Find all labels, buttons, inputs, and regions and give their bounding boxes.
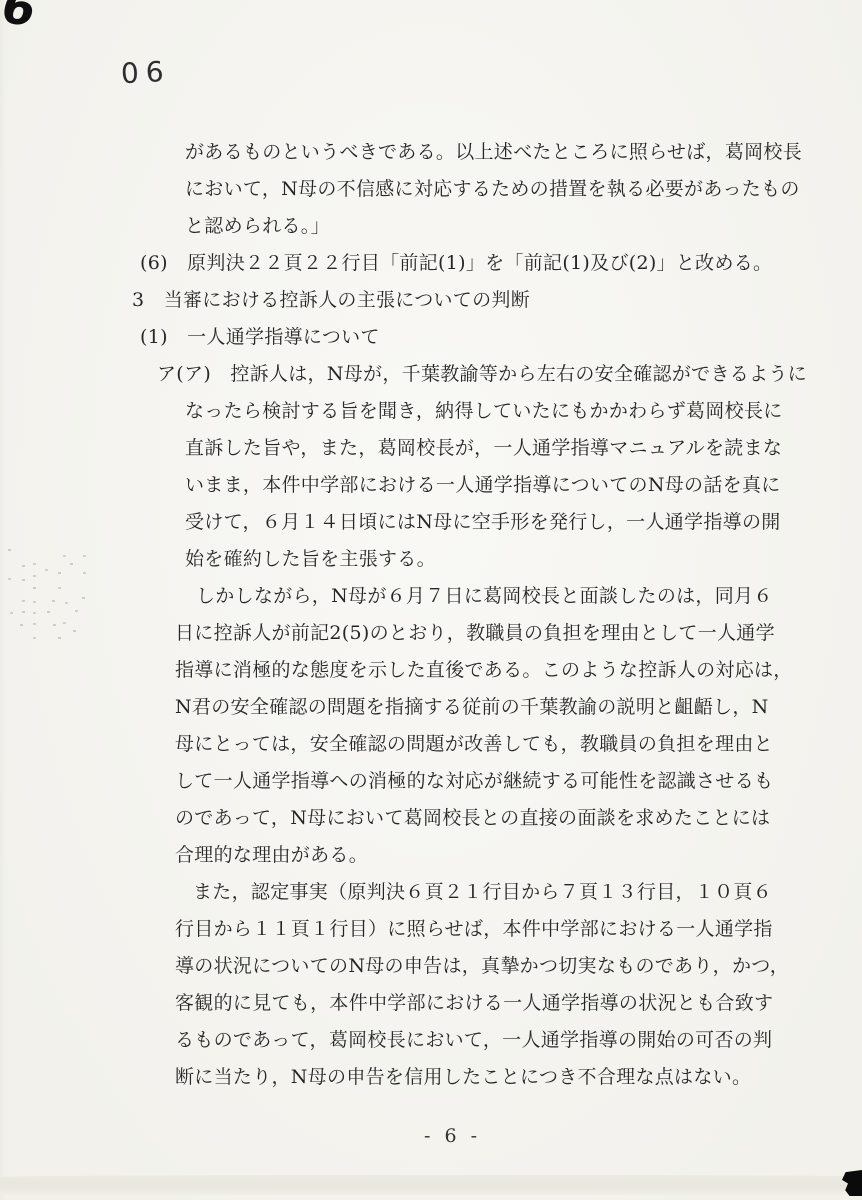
text-line: があるものというべきである。以上述べたところに照らせば，葛岡校長	[185, 140, 802, 164]
text-line: 導の状況についてのN母の申告は，真摯かつ切実なものであり，かつ，	[175, 954, 789, 978]
text-line: 始を確約した旨を主張する。	[185, 547, 436, 571]
text-line-paragraph-start: しかしながら，N母が６月７日に葛岡校長と面談したのは，同月６	[196, 584, 773, 608]
handwritten-corner-number: 6	[0, 0, 43, 37]
text-line: 客観的に見ても，本件中学部における一人通学指導の状況とも合致す	[175, 991, 773, 1015]
text-line: 行目から１１頁１行目）に照らせば，本件中学部における一人通学指	[175, 917, 773, 941]
text-line-item-6: (6) 原判決２２頁２２行目「前記(1)」を「前記(1)及び(2)」と改める。	[140, 251, 772, 275]
text-line-paragraph-start: また，認定事実（原判決６頁２１行目から７頁１３行目，１０頁６	[193, 880, 772, 904]
scanned-court-document-page: 6 06 があるものというべきである。以上述べたところに照らせば，葛岡校長 にお…	[0, 0, 862, 1200]
text-line: 指導に消極的な態度を示した直後である。このような控訴人の対応は，	[175, 658, 793, 682]
text-line: と認められる。」	[185, 214, 330, 238]
text-line: のであって，N母において葛岡校長との直接の面談を求めたことには	[175, 806, 770, 830]
text-line: るものであって，葛岡校長において，一人通学指導の開始の可否の判	[175, 1028, 772, 1052]
text-line: いまま，本件中学部における一人通学指導についてのN母の話を真に	[185, 473, 781, 497]
pencil-mark-speckles	[8, 549, 11, 551]
text-line: 合理的な理由がある。	[175, 843, 368, 867]
text-line: 直訴した旨や，また，葛岡校長が，一人通学指導マニュアルを読まな	[185, 436, 782, 460]
text-line: 受けて，６月１４日頃にはN母に空手形を発行し，一人通学指導の開	[185, 510, 781, 534]
text-line-para-a: ア(ア) 控訴人は，N母が，千葉教諭等から左右の安全確認ができるように	[157, 362, 807, 386]
text-line: 日に控訴人が前記2(5)のとおり，教職員の負担を理由として一人通学	[175, 621, 775, 645]
text-line-section-3-heading: 3 当審における控訴人の主張についての判断	[132, 288, 530, 312]
text-line-subsection-1-heading: (1) 一人通学指導について	[140, 325, 380, 349]
text-line: して一人通学指導への消極的な対応が継続する可能性を認識させるも	[175, 769, 773, 793]
text-line: なったら検討する旨を聞き，納得していたにもかかわらず葛岡校長に	[185, 399, 783, 423]
page-footer-number: - 6 -	[424, 1125, 481, 1147]
scan-shadow-band	[0, 1175, 862, 1195]
text-line: 母にとっては，安全確認の問題が改善しても，教職員の負担を理由と	[175, 732, 773, 756]
handwritten-doc-code: 06	[120, 55, 171, 91]
text-line: 断に当たり，N母の申告を信用したことにつき不合理な点はない。	[175, 1065, 751, 1089]
text-line: において，N母の不信感に対応するための措置を執る必要があったもの	[185, 177, 800, 201]
text-line: N君の安全確認の問題を指摘する従前の千葉教諭の説明と齟齬し，N	[175, 695, 769, 719]
